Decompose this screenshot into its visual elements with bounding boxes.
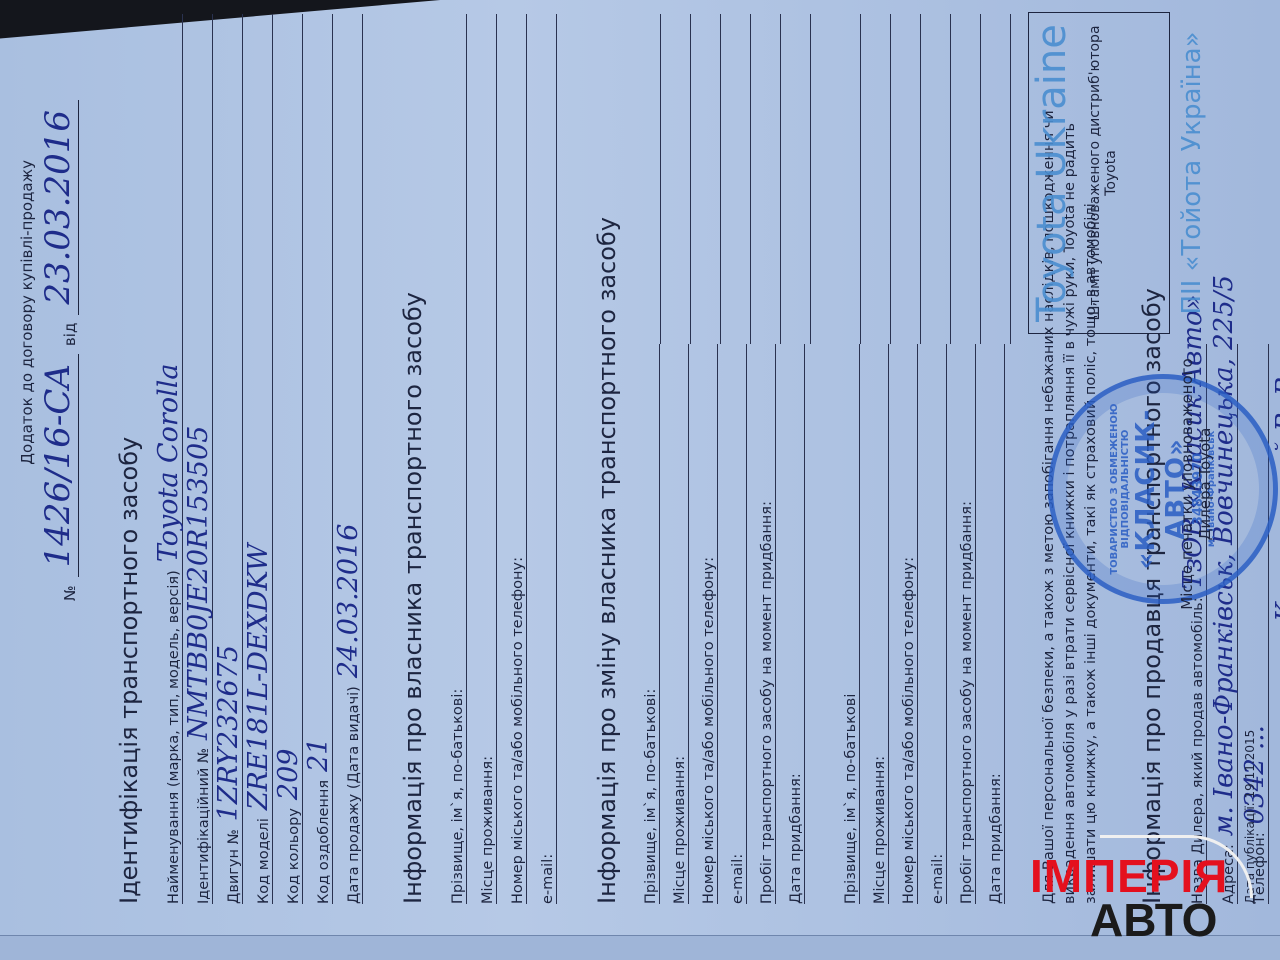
contract-appendix-title: Додаток до договору купівлі-продажу — [18, 40, 36, 904]
handwritten-value: 1ZRY232675 — [215, 645, 242, 821]
form-row: Пробіг транспортного засобу на момент пр… — [947, 344, 976, 904]
field-label: Номер міського та/або мобільного телефон… — [701, 557, 717, 904]
field-label: Номер міського та/або мобільного телефон… — [510, 557, 526, 904]
owner-table: Прізвище, ім`я, по-батькові:Місце прожив… — [437, 344, 557, 904]
field-label: Місце проживання: — [480, 756, 496, 904]
form-row: Номер міського та/або мобільного телефон… — [689, 344, 718, 904]
form-row: Місце проживання: — [467, 344, 497, 904]
form-row: Двигун №1ZRY232675 — [213, 344, 243, 904]
form-row: Найменування (марка, тип, модель, версія… — [153, 344, 183, 904]
contract-date: 23.03.2016 — [38, 100, 79, 315]
field-label: e-mail: — [730, 854, 746, 904]
service-book-page: Додаток до договору купівлі-продажу № 14… — [0, 10, 1280, 940]
distributor-stamp-box: Toyota Ukraine Штамп уповноваженого дист… — [1028, 12, 1170, 334]
field-label: Дата продажу (Дата видачі) — [346, 686, 362, 904]
owner-change-block-1: Прізвище, ім`я, по-батькові:Місце прожив… — [631, 344, 805, 904]
field-label: Прізвище, ім`я, по-батькові — [843, 694, 859, 904]
handwritten-value: 21 — [305, 738, 332, 772]
handwritten-value: NMTBB0JE20R153505 — [185, 426, 212, 740]
imperia-avto-watermark: ІМПЕРІЯ АВТО — [1030, 855, 1228, 942]
owner-change-block-2: Прізвище, ім`я, по-батьковіМісце прожива… — [831, 344, 1005, 904]
identification-table: Найменування (марка, тип, модель, версія… — [153, 344, 363, 904]
form-row: ПІБ та підпис Відповідальної особи:Корон… — [1269, 344, 1280, 904]
ruled-lines — [631, 14, 811, 344]
form-row: Прізвище, ім`я, по-батькові — [831, 344, 860, 904]
field-label: Прізвище, ім`я, по-батькові: — [643, 689, 659, 904]
handwritten-value: 209 — [275, 749, 302, 801]
form-row: Пробіг транспортного засобу на момент пр… — [747, 344, 776, 904]
field-label: Дата придбання: — [988, 773, 1004, 904]
form-row: Номер міського та/або мобільного телефон… — [497, 344, 527, 904]
form-row: e-mail: — [527, 344, 557, 904]
form-row: Дата придбання: — [976, 344, 1005, 904]
form-row: Дата продажу (Дата видачі)24.03.2016 — [333, 344, 363, 904]
form-row: Місце проживання: — [660, 344, 689, 904]
form-row: e-mail: — [718, 344, 747, 904]
handwritten-value: 24.03.2016 — [335, 524, 362, 679]
field-label: Місце проживання: — [672, 756, 688, 904]
field-label: Ідентифікаційний № — [196, 748, 212, 904]
dealer-round-stamp: ТОВАРИСТВО З ОБМЕЖЕНОЮ ВІДПОВІДАЛЬНІСТЮ … — [1048, 374, 1278, 604]
ruled-lines — [437, 14, 557, 344]
owner-title: Інформація про власника транспортного за… — [399, 40, 427, 904]
field-label: Пробіг транспортного засобу на момент пр… — [959, 501, 975, 904]
field-label: e-mail: — [540, 854, 556, 904]
form-row: e-mail: — [918, 344, 947, 904]
form-row: Код оздоблення21 — [303, 344, 333, 904]
owner-change-title: Інформація про зміну власника транспортн… — [593, 40, 621, 904]
field-label: Код оздоблення — [316, 780, 332, 904]
form-row: Код моделіZRE181L-DEXDKW — [243, 344, 273, 904]
field-label: Прізвище, ім`я, по-батькові: — [450, 689, 466, 904]
form-row: Місце проживання: — [860, 344, 889, 904]
contract-number: 1426/16-CA — [38, 354, 79, 577]
form-row: Номер міського та/або мобільного телефон… — [889, 344, 918, 904]
field-label: Код моделі — [256, 818, 272, 904]
form-row: Ідентифікаційний №NMTBB0JE20R153505 — [183, 344, 213, 904]
field-label: Місце проживання: — [872, 756, 888, 904]
field-label: Найменування (марка, тип, модель, версія… — [166, 570, 182, 904]
field-label: Номер міського та/або мобільного телефон… — [901, 557, 917, 904]
contract-number-line: № 1426/16-CA від 23.03.2016 — [38, 40, 79, 904]
form-row: Дата придбання: — [776, 344, 805, 904]
field-label: e-mail: — [930, 854, 946, 904]
form-row: Код кольору209 — [273, 344, 303, 904]
field-label: Двигун № — [226, 829, 242, 904]
dealer-stamp-caption: Місце печатки уповноваженого Дилера Toyo… — [1178, 354, 1214, 614]
field-label: Пробіг транспортного засобу на момент пр… — [759, 501, 775, 904]
form-row: Прізвище, ім`я, по-батькові: — [631, 344, 660, 904]
ruled-lines — [153, 14, 363, 344]
handwritten-value: ZRE181L-DEXDKW — [245, 544, 272, 811]
ruled-lines — [831, 14, 1011, 344]
identification-title: Ідентифікація транспортного засобу — [115, 40, 143, 904]
form-row: Прізвище, ім`я, по-батькові: — [437, 344, 467, 904]
field-label: Дата придбання: — [788, 773, 804, 904]
field-label: Код кольору — [286, 808, 302, 904]
handwritten-value: Toyota Corolla — [155, 364, 182, 563]
